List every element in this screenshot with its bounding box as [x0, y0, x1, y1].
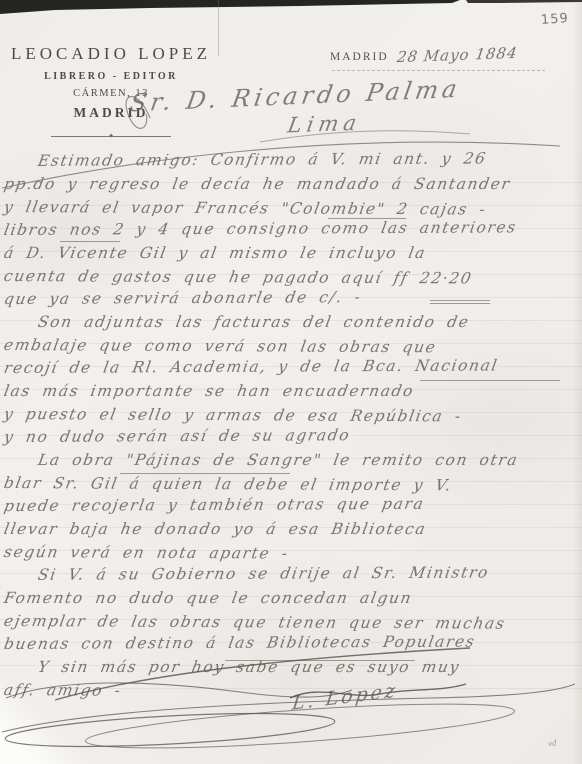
divider-ornament-icon: ✦ [103, 133, 119, 140]
dateline: MADRID 28 Mayo 1884 [330, 46, 560, 65]
scanned-letter-page: 159 LEOCADIO LOPEZ LIBRERO - EDITOR CÁRM… [0, 0, 582, 764]
ink-underline [120, 473, 290, 474]
scan-edge-band [0, 0, 582, 16]
manuscript-line: libros nos 2 y 4 que consigno como las a… [2, 216, 581, 242]
manuscript-line: recojí de la Rl. Academia, y de la Bca. … [2, 354, 581, 380]
corner-mark: vd [547, 737, 557, 748]
manuscript-line: Estimado amigo: Confirmo á V. mi ant. y … [2, 147, 581, 173]
manuscript-line: Son adjuntas las facturas del contenido … [2, 311, 581, 334]
letterhead-divider: ✦ [51, 133, 171, 140]
dateline-handwritten-date: 28 Mayo 1884 [395, 44, 518, 66]
ink-underline [430, 300, 490, 301]
manuscript-line: La obra "Pájinas de Sangre" le remito co… [2, 449, 581, 472]
letterhead-title: LIBRERO - EDITOR [6, 71, 216, 82]
page-number: 159 [541, 11, 570, 28]
manuscript-line: pp.do y regreso le decía he mandado á Sa… [2, 173, 581, 196]
ink-underline [430, 303, 490, 304]
dateline-dotted-rule [332, 70, 547, 71]
ink-underline [328, 218, 406, 219]
letter-body: Estimado amigo: Confirmo á V. mi ant. y … [4, 150, 579, 702]
ink-underline [420, 380, 560, 381]
addressee-city: Lima [286, 111, 363, 138]
manuscript-line: puede recojerla y también otras que para [2, 492, 581, 518]
dateline-printed-city: MADRID [330, 51, 389, 63]
manuscript-line: á D. Vicente Gil y al mismo le incluyo l… [2, 242, 581, 265]
signature-area: L. Lopez [0, 640, 582, 764]
letterhead-name: LEOCADIO LOPEZ [6, 44, 216, 64]
ink-underline [60, 241, 120, 242]
manuscript-line: Fomento no dudo que le concedan algun [2, 587, 581, 610]
manuscript-line: y no dudo serán así de su agrado [2, 423, 581, 449]
manuscript-line: las más importante se han encuadernado [2, 380, 581, 403]
manuscript-line: llevar baja he donado yo á esa Bibliotec… [2, 518, 581, 541]
manuscript-line: Si V. á su Gobierno se dirije al Sr. Min… [2, 561, 581, 587]
manuscript-line: que ya se servirá abonarle de c/. - [2, 285, 581, 311]
paper-fold-line [218, 0, 219, 56]
